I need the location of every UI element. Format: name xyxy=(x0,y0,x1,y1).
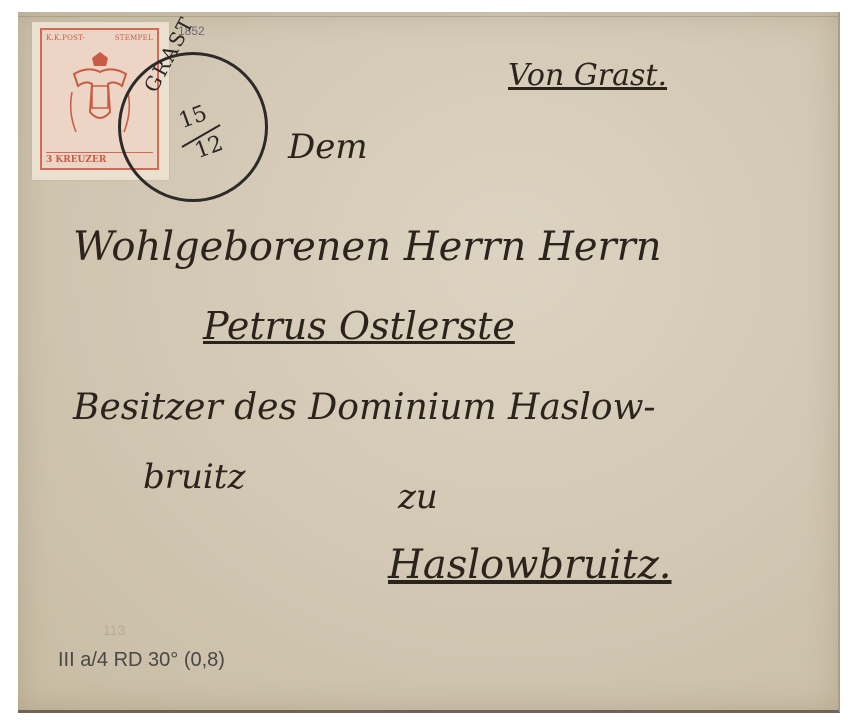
address-line-salutation: Wohlgeborenen Herrn Herrn xyxy=(73,224,662,270)
sender-line: Von Grast. xyxy=(508,58,667,93)
address-line-title: Besitzer des Dominium Haslow- xyxy=(73,387,656,428)
pencil-catalog-note: III a/4 RD 30° (0,8) xyxy=(58,649,225,672)
address-line-dem: Dem xyxy=(288,127,368,167)
postmark-cancel: GRAST 15 12 xyxy=(118,52,268,202)
stamp-top-left-text: K.K.POST- xyxy=(46,34,85,42)
postmark-day: 15 xyxy=(176,101,211,134)
stamp-header: K.K.POST- STEMPEL xyxy=(46,34,153,42)
envelope: K.K.POST- STEMPEL 3 KREUZER 1852 GRAST 1… xyxy=(18,12,840,713)
address-line-title-cont: bruitz xyxy=(143,457,245,497)
address-line-zu: zu xyxy=(398,477,438,517)
faint-pencil-note: 113 xyxy=(103,622,125,638)
flap-fold-line xyxy=(18,16,838,17)
stamp-top-right-text: STEMPEL xyxy=(115,34,153,42)
address-line-name: Petrus Ostlerste xyxy=(203,304,515,348)
address-line-destination: Haslowbruitz. xyxy=(388,542,672,588)
